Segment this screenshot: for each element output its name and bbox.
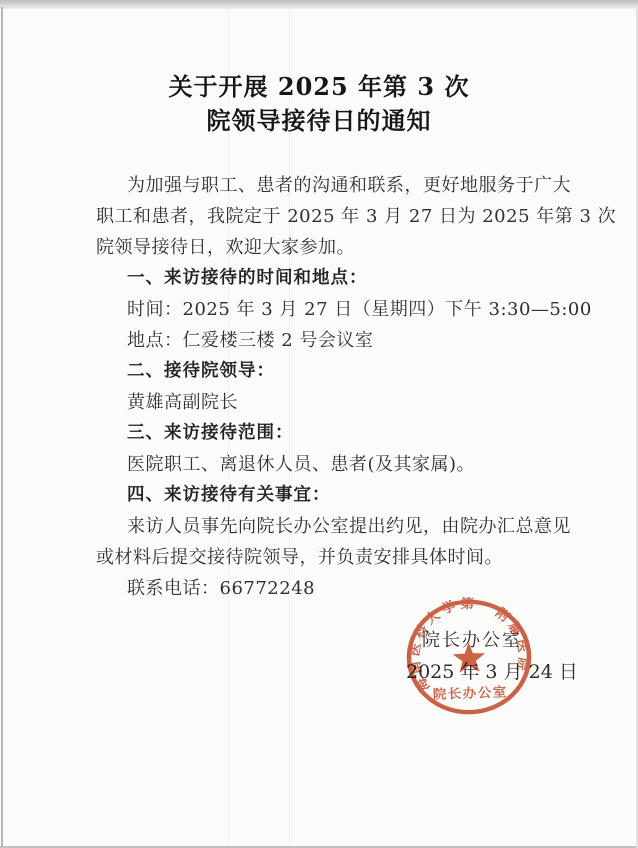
official-seal: 海南医科大学第一附属医院 院长办公室	[401, 595, 537, 720]
seal-name-text: 院长办公室	[433, 684, 508, 703]
seal-star-icon	[452, 642, 485, 673]
document-line: 二、接待院领导：	[96, 356, 554, 387]
document-line: 地点：仁爱楼三楼 2 号会议室	[96, 325, 554, 356]
document-title-line1: 关于开展 2025 年第 3 次	[0, 70, 638, 104]
document-line: 时间：2025 年 3 月 27 日（星期四）下午 3:30—5:00	[96, 294, 554, 325]
document-line: 医院职工、离退休人员、患者(及其家属)。	[96, 449, 554, 480]
document-title: 关于开展 2025 年第 3 次 院领导接待日的通知	[0, 70, 638, 138]
notice-document: 关于开展 2025 年第 3 次 院领导接待日的通知 为加强与职工、患者的沟通和…	[0, 0, 638, 848]
document-line: 四、来访接待有关事宜：	[96, 480, 554, 511]
document-line: 职工和患者，我院定于 2025 年 3 月 27 日为 2025 年第 3 次	[96, 201, 554, 232]
document-line: 一、来访接待的时间和地点：	[96, 263, 554, 294]
document-line: 为加强与职工、患者的沟通和联系，更好地服务于广大	[96, 170, 554, 201]
document-line: 黄雄高副院长	[96, 387, 554, 418]
document-line: 三、来访接待范围：	[96, 418, 554, 449]
document-line: 来访人员事先向院长办公室提出约见，由院办汇总意见	[96, 511, 554, 542]
document-body: 为加强与职工、患者的沟通和联系，更好地服务于广大职工和患者，我院定于 2025 …	[96, 170, 554, 604]
document-title-line2: 院领导接待日的通知	[0, 104, 638, 138]
document-line: 或材料后提交接待院领导，并负责安排具体时间。	[96, 542, 554, 573]
document-line: 院领导接待日，欢迎大家参加。	[96, 232, 554, 263]
scan-top-edge	[0, 0, 638, 9]
